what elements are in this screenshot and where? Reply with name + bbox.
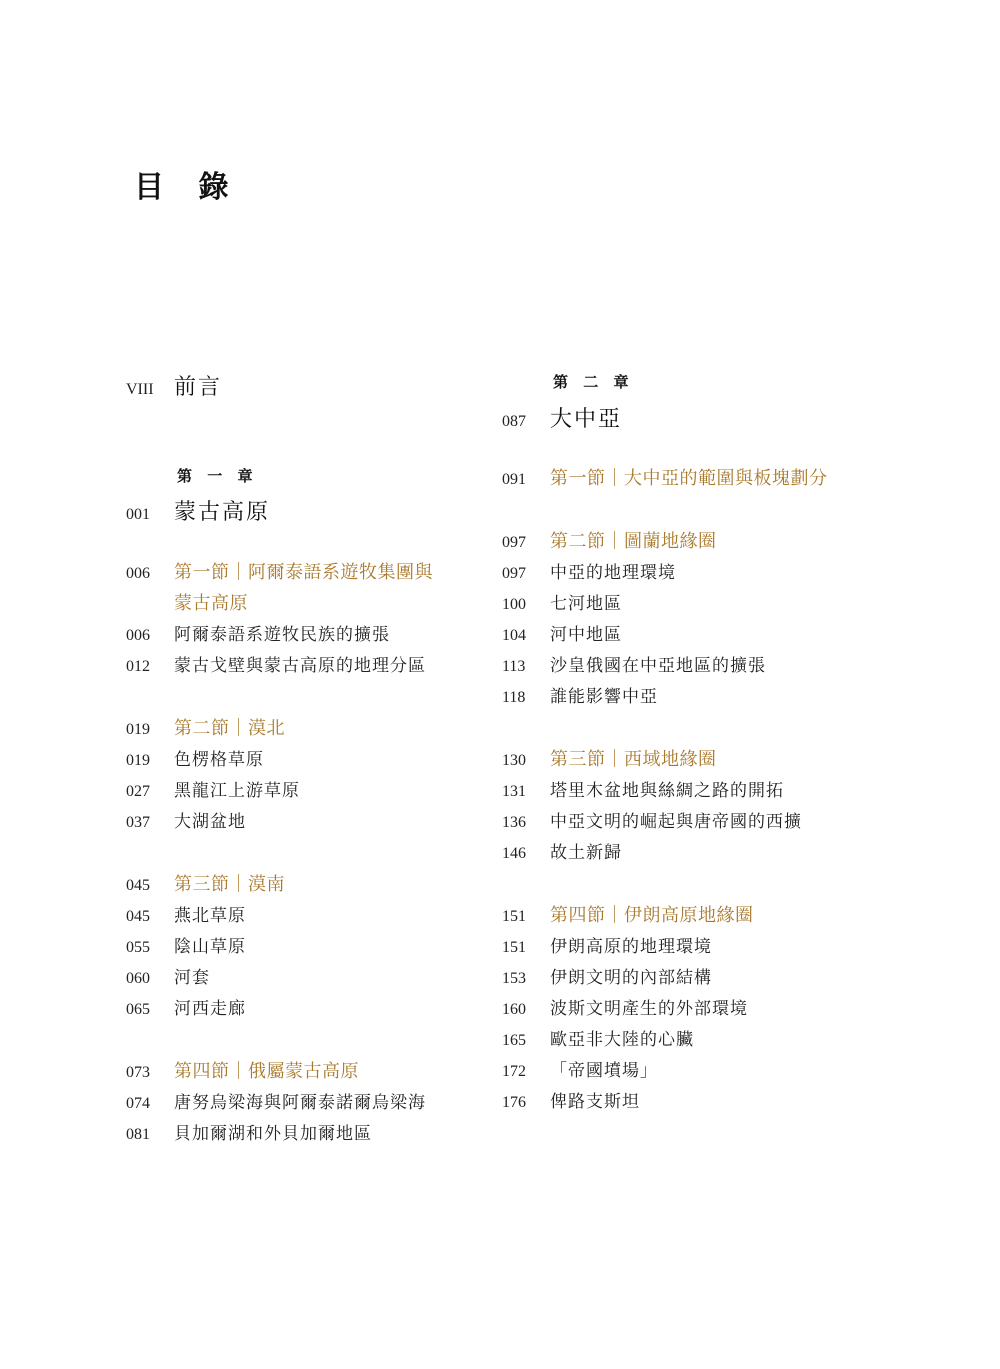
item-title: 河西走廊 [174, 994, 246, 1019]
page-number: 019 [126, 752, 174, 770]
item-title: 大湖盆地 [174, 807, 246, 832]
page-number: 165 [502, 1032, 550, 1050]
chapter-title: 蒙古高原 [174, 495, 270, 526]
item-title: 黑龍江上游草原 [174, 776, 300, 801]
toc-section-cont[interactable]: 蒙古高原 [126, 589, 248, 615]
page-number: 045 [126, 908, 174, 926]
toc-section[interactable]: 073第四節｜俄屬蒙古高原 [126, 1057, 359, 1083]
toc-section[interactable]: 130第三節｜西域地緣圈 [502, 745, 717, 771]
page-number: VIII [126, 381, 174, 399]
item-title: 故土新歸 [550, 838, 622, 863]
toc-item[interactable]: 074唐努烏梁海與阿爾泰諾爾烏梁海 [126, 1088, 426, 1113]
item-title: 蒙古戈壁與蒙古高原的地理分區 [174, 651, 426, 676]
page-number: 055 [126, 939, 174, 957]
item-title: 阿爾泰語系遊牧民族的擴張 [174, 620, 390, 645]
toc-item[interactable]: 153伊朗文明的內部結構 [502, 963, 712, 988]
page-number: 081 [126, 1126, 174, 1144]
page-number: 146 [502, 845, 550, 863]
section-title-cont: 蒙古高原 [174, 589, 248, 615]
item-title: 河套 [174, 963, 210, 988]
page-number: 027 [126, 783, 174, 801]
page-number: 001 [126, 506, 174, 524]
page-number: 065 [126, 1001, 174, 1019]
page-number: 104 [502, 627, 550, 645]
toc-preface[interactable]: VIII 前言 [126, 370, 222, 401]
toc-item[interactable]: 151伊朗高原的地理環境 [502, 932, 712, 957]
item-title: 歐亞非大陸的心臟 [550, 1025, 694, 1050]
toc-item[interactable]: 065河西走廊 [126, 994, 246, 1019]
page-number: 045 [126, 877, 174, 895]
page-number: 087 [502, 413, 550, 431]
toc-section[interactable]: 006 第一節｜阿爾泰語系遊牧集團與 [126, 558, 433, 584]
toc-item[interactable]: 131塔里木盆地與絲綢之路的開拓 [502, 776, 784, 801]
toc-item[interactable]: 176俾路支斯坦 [502, 1087, 640, 1112]
page-number: 074 [126, 1095, 174, 1113]
page-number: 131 [502, 783, 550, 801]
page-number: 060 [126, 970, 174, 988]
preface-title: 前言 [174, 370, 222, 401]
section-title: 第四節｜俄屬蒙古高原 [174, 1057, 359, 1083]
toc-item[interactable]: 172「帝國墳場」 [502, 1056, 658, 1081]
toc-item[interactable]: 045燕北草原 [126, 901, 246, 926]
toc-item[interactable]: 118誰能影響中亞 [502, 682, 658, 707]
toc-chapter-2[interactable]: 087大中亞 [502, 402, 622, 433]
page-number: 097 [502, 565, 550, 583]
section-title: 第一節｜阿爾泰語系遊牧集團與 [174, 558, 433, 584]
toc-section[interactable]: 097第二節｜圖蘭地緣圈 [502, 527, 717, 553]
item-title: 中亞的地理環境 [550, 558, 676, 583]
page-number: 176 [502, 1094, 550, 1112]
toc-item[interactable]: 165歐亞非大陸的心臟 [502, 1025, 694, 1050]
page-number: 151 [502, 908, 550, 926]
section-title: 第二節｜圖蘭地緣圈 [550, 527, 717, 553]
page-number: 006 [126, 565, 174, 583]
toc-item[interactable]: 146故土新歸 [502, 838, 622, 863]
toc-item[interactable]: 136中亞文明的崛起與唐帝國的西擴 [502, 807, 802, 832]
page-number: 172 [502, 1063, 550, 1081]
toc-section[interactable]: 091第一節｜大中亞的範圍與板塊劃分 [502, 464, 828, 490]
item-title: 燕北草原 [174, 901, 246, 926]
toc-chapter-1[interactable]: 001 蒙古高原 [126, 495, 270, 526]
page-number: 136 [502, 814, 550, 832]
page-number: 006 [126, 627, 174, 645]
item-title: 中亞文明的崛起與唐帝國的西擴 [550, 807, 802, 832]
toc-item[interactable]: 113沙皇俄國在中亞地區的擴張 [502, 651, 766, 676]
item-title: 貝加爾湖和外貝加爾地區 [174, 1119, 372, 1144]
chapter-title: 大中亞 [550, 402, 622, 433]
page-number: 091 [502, 471, 550, 489]
page-number: 037 [126, 814, 174, 832]
section-title: 第二節｜漠北 [174, 714, 285, 740]
section-title: 第四節｜伊朗高原地緣圈 [550, 901, 754, 927]
toc-item[interactable]: 081貝加爾湖和外貝加爾地區 [126, 1119, 372, 1144]
section-title: 第三節｜西域地緣圈 [550, 745, 717, 771]
toc-item[interactable]: 012蒙古戈壁與蒙古高原的地理分區 [126, 651, 426, 676]
page-number: 097 [502, 534, 550, 552]
item-title: 「帝國墳場」 [550, 1056, 658, 1081]
toc-item[interactable]: 100七河地區 [502, 589, 622, 614]
item-title: 誰能影響中亞 [550, 682, 658, 707]
toc-item[interactable]: 097中亞的地理環境 [502, 558, 676, 583]
toc-item[interactable]: 055陰山草原 [126, 932, 246, 957]
item-title: 塔里木盆地與絲綢之路的開拓 [550, 776, 784, 801]
item-title: 波斯文明產生的外部環境 [550, 994, 748, 1019]
page-number: 100 [502, 596, 550, 614]
toc-section[interactable]: 019第二節｜漠北 [126, 714, 285, 740]
toc-section[interactable]: 045第三節｜漠南 [126, 870, 285, 896]
page-number: 160 [502, 1001, 550, 1019]
page-number: 019 [126, 721, 174, 739]
page-number: 012 [126, 658, 174, 676]
item-title: 色楞格草原 [174, 745, 264, 770]
toc-item[interactable]: 006阿爾泰語系遊牧民族的擴張 [126, 620, 390, 645]
item-title: 俾路支斯坦 [550, 1087, 640, 1112]
item-title: 伊朗高原的地理環境 [550, 932, 712, 957]
page-number: 130 [502, 752, 550, 770]
item-title: 七河地區 [550, 589, 622, 614]
page-number: 118 [502, 689, 550, 707]
page-title: 目 錄 [134, 162, 240, 206]
page-number: 151 [502, 939, 550, 957]
item-title: 唐努烏梁海與阿爾泰諾爾烏梁海 [174, 1088, 426, 1113]
toc-item[interactable]: 037大湖盆地 [126, 807, 246, 832]
toc-item[interactable]: 060河套 [126, 963, 210, 988]
page-number: 153 [502, 970, 550, 988]
toc-item[interactable]: 027黑龍江上游草原 [126, 776, 300, 801]
page-number: 073 [126, 1064, 174, 1082]
item-title: 陰山草原 [174, 932, 246, 957]
toc-item[interactable]: 104河中地區 [502, 620, 622, 645]
chapter-label: 第 一 章 [177, 465, 257, 486]
page-number: 113 [502, 658, 550, 676]
toc-item[interactable]: 019色楞格草原 [126, 745, 264, 770]
toc-item[interactable]: 160波斯文明產生的外部環境 [502, 994, 748, 1019]
item-title: 河中地區 [550, 620, 622, 645]
section-title: 第一節｜大中亞的範圍與板塊劃分 [550, 464, 828, 490]
item-title: 伊朗文明的內部結構 [550, 963, 712, 988]
toc-section[interactable]: 151第四節｜伊朗高原地緣圈 [502, 901, 754, 927]
item-title: 沙皇俄國在中亞地區的擴張 [550, 651, 766, 676]
section-title: 第三節｜漠南 [174, 870, 285, 896]
chapter-label: 第 二 章 [553, 371, 633, 392]
